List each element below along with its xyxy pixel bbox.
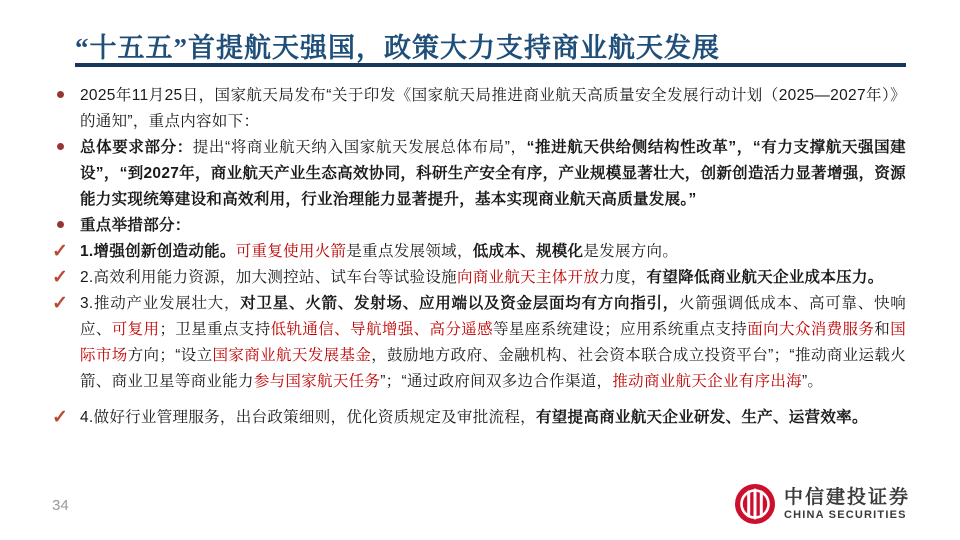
check-icon: ✓ [52, 239, 80, 264]
emphasis-red-text: 可复用 [112, 321, 160, 338]
emphasis-red-text: 向商业航天主体开放 [457, 269, 599, 286]
logo-cn-name: 中信建投证券 [784, 487, 910, 509]
body-text: 2025年11月25日，国家航天局发布“关于印发《国家航天局推进商业航天高质量安… [80, 87, 906, 130]
list-item-text: 重点举措部分： [80, 213, 906, 239]
bold-text: 低成本、规模化 [473, 243, 584, 260]
logo-en-name: CHINA SECURITIES [784, 509, 910, 522]
emphasis-red-text: 低轨通信、导航增强、高分遥感 [271, 321, 493, 338]
list-item-text: 2025年11月25日，国家航天局发布“关于印发《国家航天局推进商业航天高质量安… [80, 83, 906, 135]
body-text: 和 [874, 321, 890, 338]
bullet-dot-icon [52, 213, 80, 239]
list-item-text: 1.增强创新创造动能。可重复使用火箭是重点发展领域，低成本、规模化是发展方向。 [80, 239, 906, 265]
body-text: ；卫星重点支持 [159, 321, 270, 338]
page-number: 34 [52, 497, 69, 514]
list-item: 重点举措部分： [52, 213, 906, 239]
body-text: 等星座系统建设；应用系统重点支持 [493, 321, 747, 338]
bold-text: 有望降低商业航天企业成本压力。 [647, 269, 884, 286]
check-icon: ✓ [52, 405, 80, 430]
bold-text: 重点举措部分： [80, 217, 191, 234]
emphasis-red-text: 可重复使用火箭 [236, 243, 347, 260]
title-divider [75, 63, 906, 67]
body-text: 2.高效利用能力资源，加大测控站、试车台等试验设施 [80, 269, 457, 286]
body-text: 3.推动产业发展壮大， [80, 295, 240, 312]
logo-text: 中信建投证券 CHINA SECURITIES [784, 487, 910, 522]
body-text: 方向；“设立 [128, 347, 213, 364]
emphasis-red-text: 参与国家航天任务 [254, 373, 380, 390]
body-text: ”；“通过政府间双多边合作渠道， [380, 373, 612, 390]
bold-text: 总体要求部分： [80, 139, 193, 156]
list-item-text: 2.高效利用能力资源，加大测控站、试车台等试验设施向商业航天主体开放力度，有望降… [80, 265, 906, 291]
china-securities-logo-icon [734, 483, 776, 525]
presentation-slide: “十五五”首提航天强国，政策大力支持商业航天发展 2025年11月25日，国家航… [0, 0, 960, 540]
body-text: 力度， [599, 269, 646, 286]
list-item: ✓2.高效利用能力资源，加大测控站、试车台等试验设施向商业航天主体开放力度，有望… [52, 265, 906, 291]
list-item: ✓1.增强创新创造动能。可重复使用火箭是重点发展领域，低成本、规模化是发展方向。 [52, 239, 906, 265]
emphasis-red-text: 面向大众消费服务 [747, 321, 874, 338]
list-item: ✓4.做好行业管理服务，出台政策细则，优化资质规定及审批流程，有望提高商业航天企… [52, 405, 906, 431]
body-text: 提出“将商业航天纳入国家航天发展总体布局”， [193, 139, 527, 156]
check-icon: ✓ [52, 291, 80, 316]
emphasis-red-text: 推动商业航天企业有序出海 [612, 373, 802, 390]
list-item-text: 3.推动产业发展壮大，对卫星、火箭、发射场、应用端以及资金层面均有方向指引，火箭… [80, 291, 906, 395]
content-list: 2025年11月25日，国家航天局发布“关于印发《国家航天局推进商业航天高质量安… [52, 83, 906, 431]
list-item: ✓3.推动产业发展壮大，对卫星、火箭、发射场、应用端以及资金层面均有方向指引，火… [52, 291, 906, 395]
bullet-dot-icon [52, 83, 80, 109]
bold-text: 1.增强创新创造动能。 [80, 243, 236, 260]
bullet-dot-icon [52, 135, 80, 161]
body-text: 4.做好行业管理服务，出台政策细则，优化资质规定及审批流程， [80, 409, 536, 426]
list-item: 总体要求部分：提出“将商业航天纳入国家航天发展总体布局”，“推进航天供给侧结构性… [52, 135, 906, 213]
check-icon: ✓ [52, 265, 80, 290]
bold-text: 对卫星、火箭、发射场、应用端以及资金层面均有方向指引， [240, 295, 679, 312]
bold-text: 有望提高商业航天企业研发、生产、运营效率。 [536, 409, 868, 426]
body-text: 是重点发展领域， [346, 243, 472, 260]
body-text: 是发展方向。 [583, 243, 678, 260]
company-logo: 中信建投证券 CHINA SECURITIES [734, 483, 910, 525]
emphasis-red-text: 国家商业航天发展基金 [212, 347, 371, 364]
list-item: 2025年11月25日，国家航天局发布“关于印发《国家航天局推进商业航天高质量安… [52, 83, 906, 135]
page-title: “十五五”首提航天强国，政策大力支持商业航天发展 [75, 26, 915, 65]
list-item-text: 4.做好行业管理服务，出台政策细则，优化资质规定及审批流程，有望提高商业航天企业… [80, 405, 906, 431]
body-text: ”。 [802, 373, 823, 390]
list-item-text: 总体要求部分：提出“将商业航天纳入国家航天发展总体布局”，“推进航天供给侧结构性… [80, 135, 906, 213]
